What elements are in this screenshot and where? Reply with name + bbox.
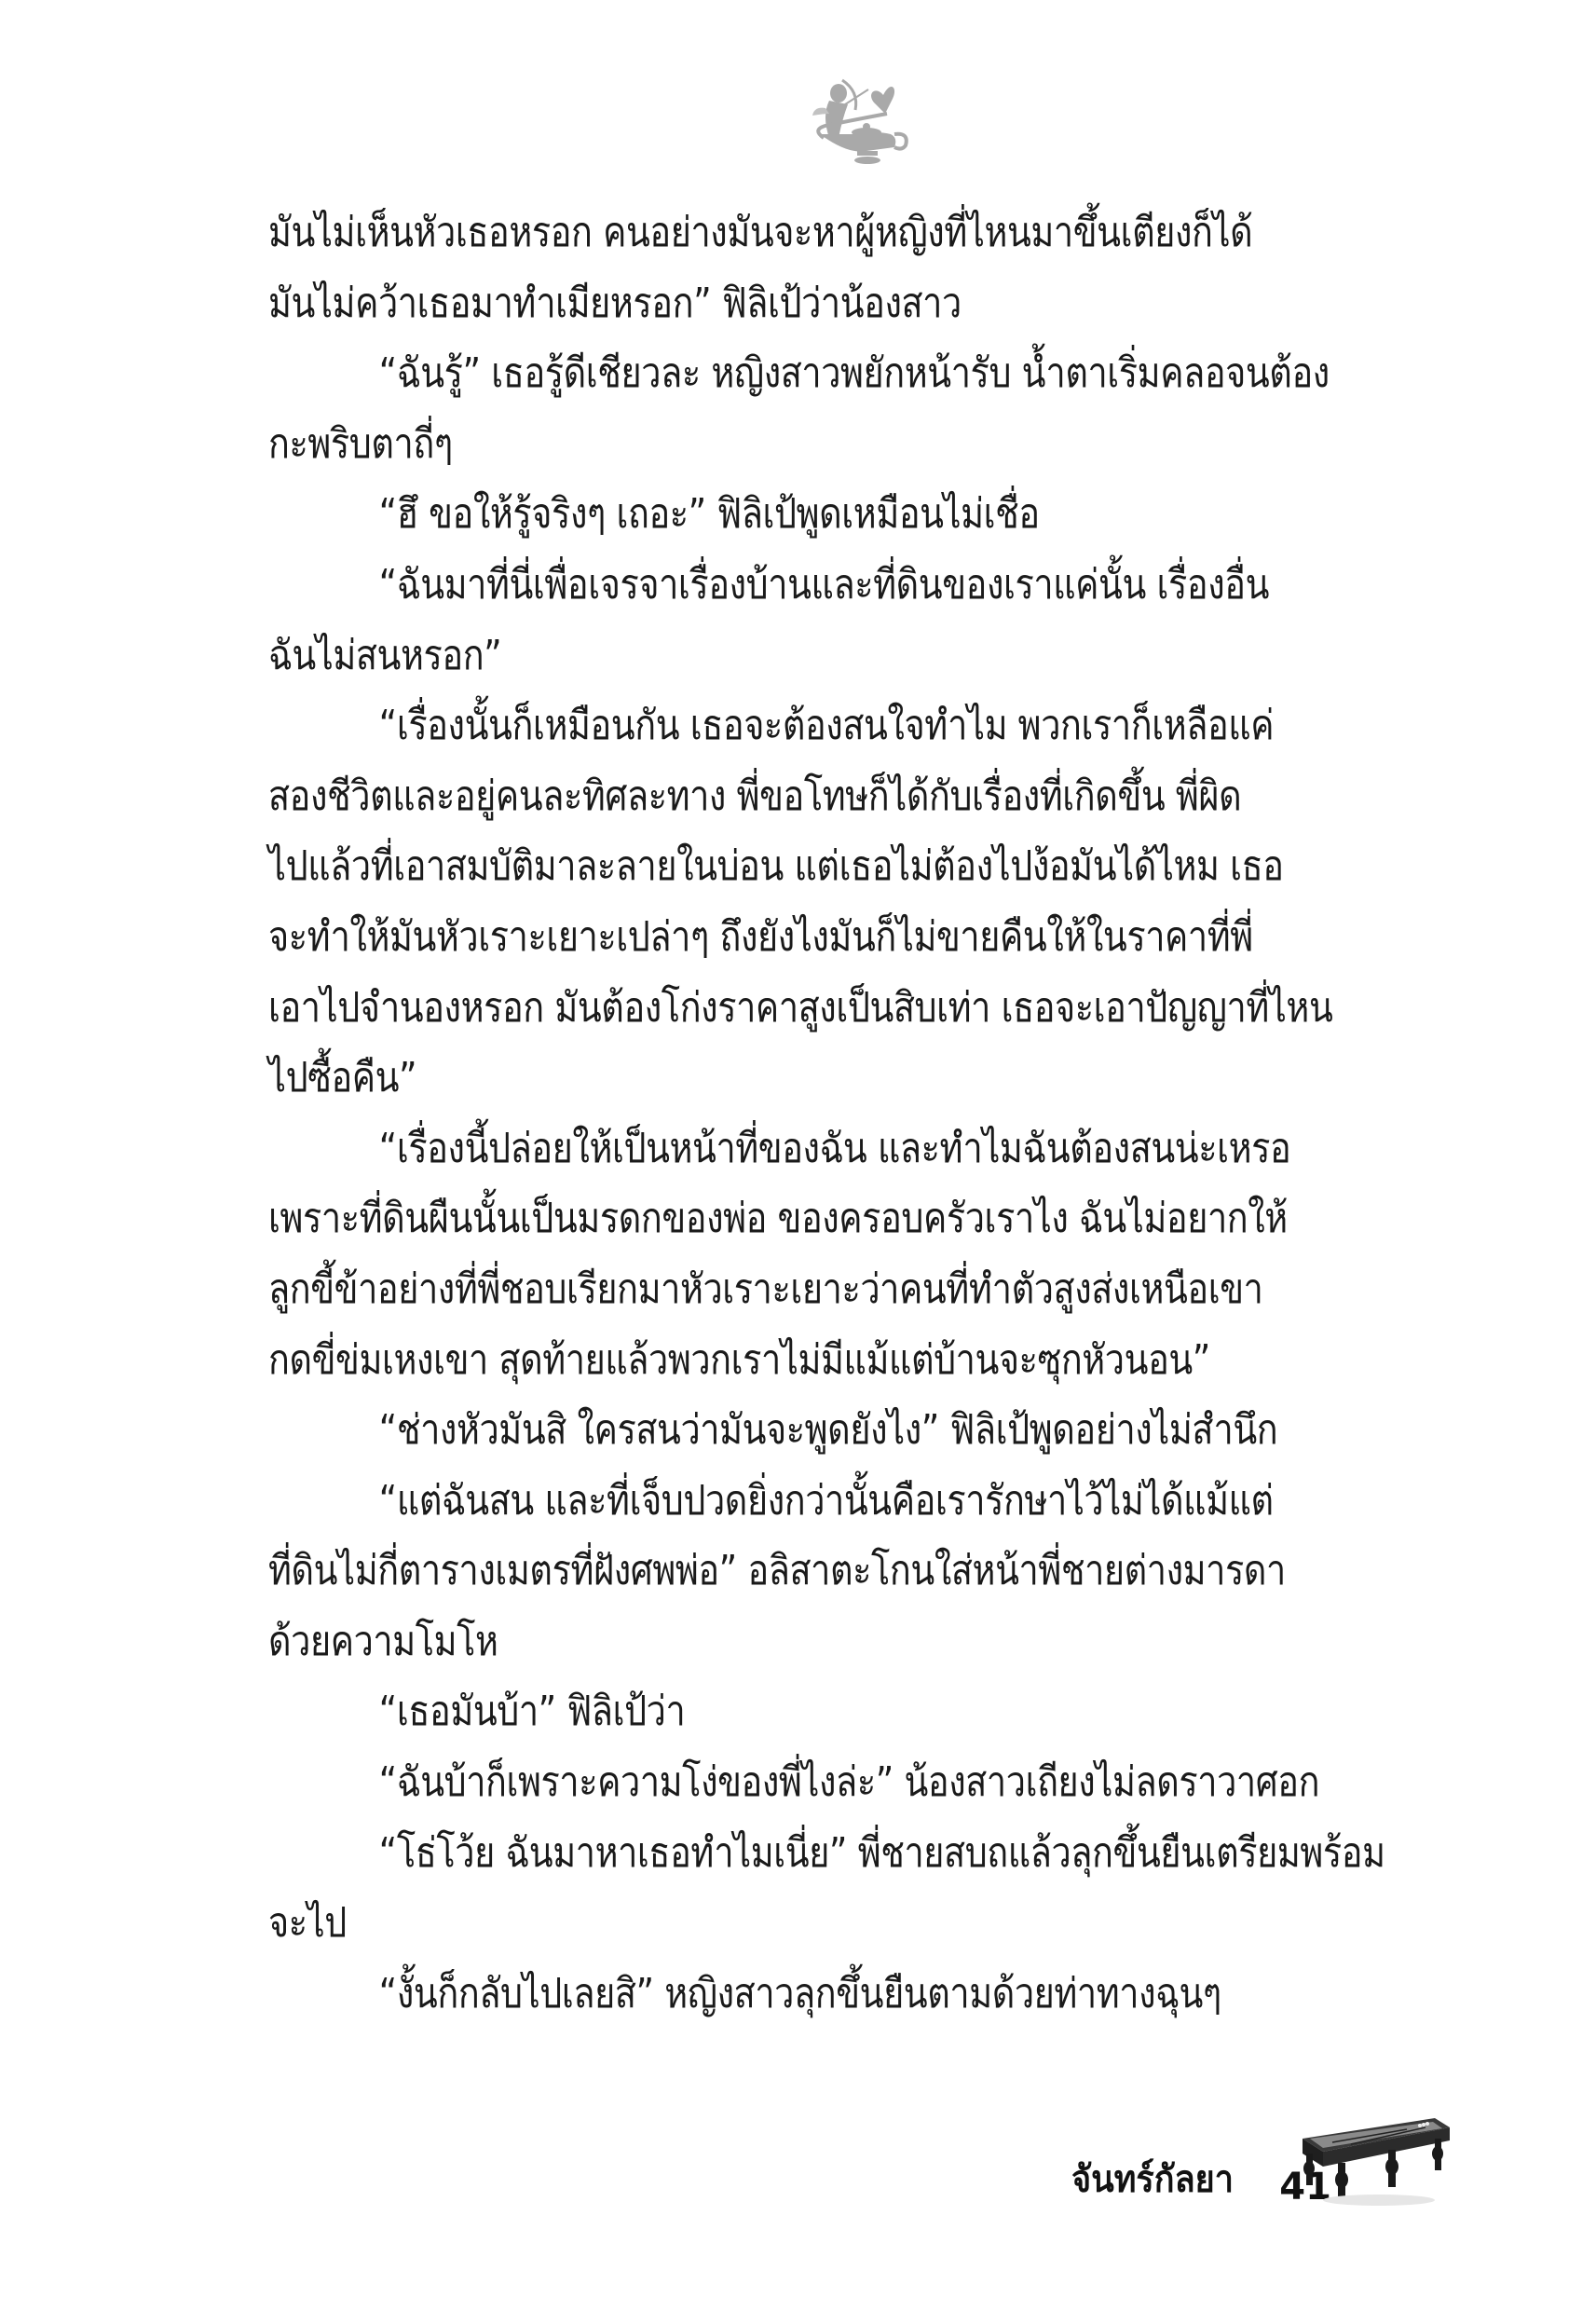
- text-line: สองชีวิตและอยู่คนละทิศละทาง พี่ขอโทษก็ได…: [268, 761, 1270, 832]
- text-line: เพราะที่ดินผืนนั้นเป็นมรดกของพ่อ ของครอบ…: [268, 1183, 1270, 1254]
- text-line: ฉันไม่สนหรอก”: [268, 621, 1270, 691]
- text-line: “ฉันมาที่นี่เพื่อเจรจาเรื่องบ้านและที่ดิ…: [268, 550, 1270, 621]
- text-line: “งั้นก็กลับไปเลยสิ” หญิงสาวลุกขึ้นยืนตาม…: [268, 1959, 1270, 2030]
- text-line: ด้วยความโมโห: [268, 1607, 1270, 1677]
- text-line: “ช่างหัวมันสิ ใครสนว่ามันจะพูดยังไง” ฟิล…: [268, 1395, 1270, 1466]
- text-line: “ฉันรู้” เธอรู้ดีเชียวละ หญิงสาวพยักหน้า…: [268, 338, 1270, 409]
- pool-table-icon: [1295, 2111, 1453, 2213]
- text-line: “ฮึ ขอให้รู้จริงๆ เถอะ” ฟิลิเป้พูดเหมือน…: [268, 479, 1270, 550]
- text-line: “เธอมันบ้า” ฟิลิเป้ว่า: [268, 1676, 1270, 1747]
- book-title: จันทร์กัลยา: [1071, 2149, 1234, 2208]
- text-line: กดขี่ข่มเหงเขา สุดท้ายแล้วพวกเราไม่มีแม้…: [268, 1325, 1270, 1396]
- text-line: ไปซื้อคืน”: [268, 1043, 1270, 1114]
- text-line: “แต่ฉันสน และที่เจ็บปวดยิ่งกว่านั้นคือเร…: [268, 1466, 1270, 1537]
- text-line: เอาไปจำนองหรอก มันต้องโก่งราคาสูงเป็นสิบ…: [268, 973, 1270, 1044]
- text-line: “เรื่องนั้นก็เหมือนกัน เธอจะต้องสนใจทำไม…: [268, 691, 1270, 761]
- text-line: “เรื่องนี้ปล่อยให้เป็นหน้าที่ของฉัน และท…: [268, 1114, 1270, 1184]
- text-line: “ฉันบ้าก็เพราะความโง่ของพี่ไงล่ะ” น้องสา…: [268, 1747, 1270, 1818]
- text-line: ไปแล้วที่เอาสมบัติมาละลายในบ่อน แต่เธอไม…: [268, 831, 1270, 902]
- lamp-cupid-ornament-icon: [801, 73, 913, 166]
- text-line: กะพริบตาถี่ๆ: [268, 409, 1270, 480]
- body-text: มันไม่เห็นหัวเธอหรอก คนอย่างมันจะหาผู้หญ…: [268, 198, 1433, 2029]
- text-line: “โธ่โว้ย ฉันมาหาเธอทำไมเนี่ย” พี่ชายสบถแ…: [268, 1818, 1270, 1889]
- text-line: จะไป: [268, 1888, 1270, 1959]
- text-line: จะทำให้มันหัวเราะเยาะเปล่าๆ ถึงยังไงมันก…: [268, 902, 1270, 973]
- text-line: มันไม่เห็นหัวเธอหรอก คนอย่างมันจะหาผู้หญ…: [268, 198, 1270, 268]
- text-line: ลูกขี้ข้าอย่างที่พี่ชอบเรียกมาหัวเราะเยา…: [268, 1254, 1270, 1325]
- text-line: ที่ดินไม่กี่ตารางเมตรที่ฝังศพพ่อ” อลิสาต…: [268, 1536, 1270, 1607]
- text-line: มันไม่คว้าเธอมาทำเมียหรอก” ฟิลิเป้ว่าน้อ…: [268, 268, 1270, 339]
